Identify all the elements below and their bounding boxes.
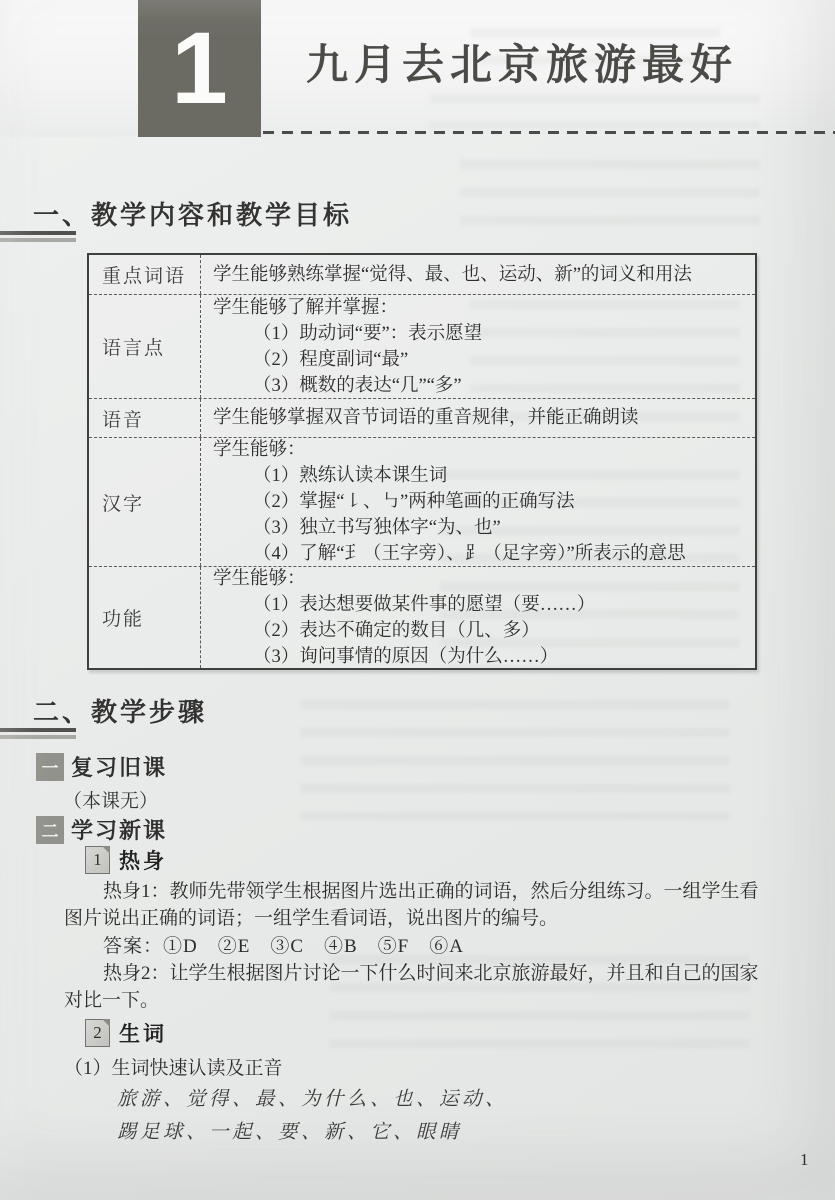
table-text-line: （1）表达想要做某件事的愿望（要……） — [213, 592, 749, 618]
word-list-line: 旅游、觉得、最、为什么、也、运动、 — [117, 1083, 508, 1116]
table-text-line: （4）了解“𤣩（王字旁）、⻊（足字旁）”所表示的意思 — [213, 541, 749, 567]
bleed-through-smudge — [300, 700, 730, 820]
step1-warmup-header: 1 热身 — [85, 845, 167, 875]
learn-new-lesson-label: 学习新课 — [71, 814, 167, 845]
warmup2-paragraph: 热身2：让学生根据图片讨论一下什么时间来北京旅游最好，并且和自己的国家 对比一下… — [64, 960, 804, 1014]
newwords-subitem: （1）生词快速认读及正音 — [64, 1053, 283, 1080]
table-text-line: 学生能够掌握双音节词语的重音规律，并能正确朗读 — [213, 405, 749, 431]
row-content: 学生能够了解并掌握： （1）助动词“要”：表示愿望 （2）程度副词“最” （3）… — [201, 295, 755, 398]
table-text-line: （2）掌握“㇙、㇉”两种笔画的正确写法 — [213, 489, 749, 515]
bleed-through-smudge — [430, 94, 760, 128]
section1-heading: 一、教学内容和教学目标 — [33, 195, 352, 232]
table-text-line: （3）概数的表达“几”“多” — [213, 373, 749, 399]
review-old-lesson-label: 复习旧课 — [71, 751, 167, 782]
table-text-line: 学生能够了解并掌握： — [213, 295, 749, 321]
marker-box-one: 一 — [36, 753, 64, 781]
table-row-characters: 汉字 学生能够： （1）熟练认读本课生词 （2）掌握“㇙、㇉”两种笔画的正确写法… — [89, 438, 755, 567]
table-text-line: （3）询问事情的原因（为什么……） — [213, 644, 749, 670]
paragraph-line: 对比一下。 — [64, 987, 804, 1014]
table-text-line: 学生能够： — [213, 566, 749, 592]
unit-number-badge: 1 — [138, 0, 261, 137]
step1-label: 热身 — [119, 845, 167, 875]
page-number: 1 — [800, 1150, 809, 1170]
row-label: 功能 — [89, 567, 201, 668]
word-list-line: 踢足球、一起、要、新、它、眼睛 — [117, 1116, 508, 1149]
step2-newwords-header: 2 生词 — [85, 1018, 167, 1048]
marker-box-two: 二 — [36, 816, 64, 844]
warmup1-answers: 答案：①D ②E ③C ④B ⑤F ⑥A — [103, 931, 464, 958]
table-text-line: （3）独立书写独体字“为、也” — [213, 515, 749, 541]
table-text-line: （1）熟练认读本课生词 — [213, 463, 749, 489]
newwords-list: 旅游、觉得、最、为什么、也、运动、 踢足球、一起、要、新、它、眼睛 — [117, 1083, 508, 1149]
lesson-title: 九月去北京旅游最好 — [306, 32, 738, 92]
learn-new-lesson-item: 二 学习新课 — [36, 814, 167, 845]
unit-number: 1 — [171, 10, 228, 127]
row-label: 语言点 — [89, 295, 201, 398]
row-label: 汉字 — [89, 438, 201, 566]
row-content: 学生能够掌握双音节词语的重音规律，并能正确朗读 — [201, 399, 755, 437]
paragraph-line: 热身1：教师先带领学生根据图片选出正确的词语，然后分组练习。一组学生看 — [64, 878, 804, 905]
table-text-line: 学生能够： — [213, 437, 749, 463]
table-text-line: （2）程度副词“最” — [213, 347, 749, 373]
table-text-line: 学生能够熟练掌握“觉得、最、也、运动、新”的词义和用法 — [213, 262, 749, 288]
warmup1-paragraph: 热身1：教师先带领学生根据图片选出正确的词语，然后分组练习。一组学生看 图片说出… — [64, 878, 804, 932]
table-text-line: （2）表达不确定的数目（几、多） — [213, 618, 749, 644]
table-row-language-points: 语言点 学生能够了解并掌握： （1）助动词“要”：表示愿望 （2）程度副词“最”… — [89, 295, 755, 399]
table-row-functions: 功能 学生能够： （1）表达想要做某件事的愿望（要……） （2）表达不确定的数目… — [89, 567, 755, 668]
table-text-line: （1）助动词“要”：表示愿望 — [213, 321, 749, 347]
row-content: 学生能够熟练掌握“觉得、最、也、运动、新”的词义和用法 — [201, 255, 755, 294]
review-note: （本课无） — [63, 786, 158, 813]
row-label: 语音 — [89, 399, 201, 437]
step1-number-box: 1 — [85, 846, 110, 874]
table-row-keywords: 重点词语 学生能够熟练掌握“觉得、最、也、运动、新”的词义和用法 — [89, 255, 755, 295]
row-label: 重点词语 — [89, 255, 201, 294]
step2-label: 生词 — [119, 1018, 167, 1048]
section2-underline — [0, 728, 76, 739]
review-old-lesson-item: 一 复习旧课 — [36, 751, 167, 782]
row-content: 学生能够： （1）表达想要做某件事的愿望（要……） （2）表达不确定的数目（几、… — [201, 567, 755, 668]
step2-number-box: 2 — [85, 1019, 110, 1047]
section1-underline — [0, 231, 76, 242]
paragraph-line: 热身2：让学生根据图片讨论一下什么时间来北京旅游最好，并且和自己的国家 — [64, 960, 804, 987]
paragraph-line: 图片说出正确的词语；一组学生看词语，说出图片的编号。 — [64, 905, 804, 932]
objectives-table: 重点词语 学生能够熟练掌握“觉得、最、也、运动、新”的词义和用法 语言点 学生能… — [87, 253, 757, 670]
book-page: 1 九月去北京旅游最好 一、教学内容和教学目标 重点词语 学生能够熟练掌握“觉得… — [0, 0, 835, 1200]
section2-heading: 二、教学步骤 — [33, 692, 207, 729]
dashed-divider — [263, 131, 835, 134]
table-row-pronunciation: 语音 学生能够掌握双音节词语的重音规律，并能正确朗读 — [89, 399, 755, 438]
bleed-through-smudge — [460, 160, 760, 230]
row-content: 学生能够： （1）熟练认读本课生词 （2）掌握“㇙、㇉”两种笔画的正确写法 （3… — [201, 438, 755, 566]
